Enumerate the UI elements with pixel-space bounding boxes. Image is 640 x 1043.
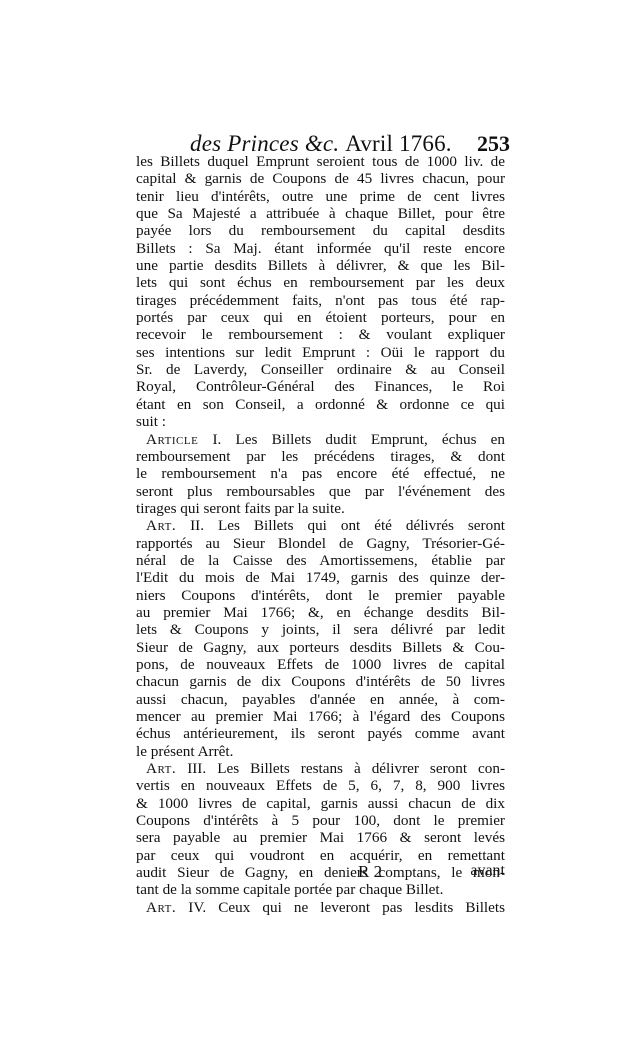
page-footer: R 2 avant [136,862,505,882]
text-line: lets & Coupons y joints, il sera délivré… [136,621,505,638]
text-line: le présent Arrêt. [136,743,505,760]
text-line: Billets : Sa Maj. étant informée qu'il r… [136,240,505,257]
book-page: des Princes &c. Avril 1766. 253 les Bill… [0,0,640,1043]
article-4-number: IV. [188,899,206,916]
running-header: des Princes &c. Avril 1766. 253 [190,131,510,155]
text-line: lets qui sont échus en remboursement par… [136,274,505,291]
text-line: sera payable au premier Mai 1766 & seron… [136,829,505,846]
text-line: Coupons d'intérêts à 5 pour 100, dont le… [136,812,505,829]
text-line: chacun garnis de dix Coupons d'intérêts … [136,673,505,690]
signature-mark: R 2 [358,862,382,882]
text-line: tirages qui seront faits par la suite. [136,500,505,517]
text-line: échus antérieurement, ils seront payés c… [136,725,505,742]
article-1-text: Les Billets dudit Emprunt, échus en [236,431,506,448]
article-2-text: Les Billets qui ont été délivrés seront [218,517,505,534]
text-line: tenir lieu d'intérêts, outre une prime d… [136,188,505,205]
article-3-text: Les Billets restans à délivrer seront co… [217,760,505,777]
article-3-heading-line: Art. III. Les Billets restans à délivrer… [136,760,505,777]
text-line: étant en son Conseil, a ordonné & ordonn… [136,396,505,413]
text-line: pons, de nouveaux Effets de 1000 livres … [136,656,505,673]
article-2-label: Art. [146,517,176,534]
text-line: capital & garnis de Coupons de 45 livres… [136,170,505,187]
text-line: ses intentions sur ledit Emprunt : Oüi l… [136,344,505,361]
text-line: recevoir le remboursement : & voulant ex… [136,326,505,343]
body-text: les Billets duquel Emprunt seroient tous… [136,153,505,916]
text-line: Royal, Contrôleur-Général des Finances, … [136,378,505,395]
text-line: portés par ceux qui en étoient porteurs,… [136,309,505,326]
text-line: niers Coupons d'intérêts, dont le premie… [136,587,505,604]
text-line: vertis en nouveaux Effets de 5, 6, 7, 8,… [136,777,505,794]
text-line: remboursement par les précédens tirages,… [136,448,505,465]
article-1-label: Article [146,431,198,448]
article-1-heading-line: Article I. Les Billets dudit Emprunt, éc… [136,431,505,448]
article-2-heading-line: Art. II. Les Billets qui ont été délivré… [136,517,505,534]
catchword: avant [470,862,505,880]
text-line: rapportés au Sieur Blondel de Gagny, Tré… [136,535,505,552]
text-line: néral de la Caisse des Amortissemens, ét… [136,552,505,569]
text-line: mencer au premier Mai 1766; à l'égard de… [136,708,505,725]
text-line: les Billets duquel Emprunt seroient tous… [136,153,505,170]
text-line: que Sa Majesté a attribuée à chaque Bill… [136,205,505,222]
text-line: tant de la somme capitale portée par cha… [136,881,505,898]
article-2-number: II. [190,517,204,534]
text-line: le remboursement n'a pas encore été effe… [136,465,505,482]
article-4-label: Art. [146,899,176,916]
article-3-label: Art. [146,760,176,777]
text-line: tirages précédemment faits, n'ont pas to… [136,292,505,309]
article-3-number: III. [187,760,206,777]
article-4-text: Ceux qui ne leveront pas lesdits Billets [218,899,505,916]
text-line: seront plus remboursables que par l'évén… [136,483,505,500]
text-line: & 1000 livres de capital, garnis aussi c… [136,795,505,812]
text-line: suit : [136,413,505,430]
text-line: l'Edit du mois de Mai 1749, garnis des q… [136,569,505,586]
text-line: Sieur de Gagny, aux porteurs desdits Bil… [136,639,505,656]
text-line: aussi chacun, payables d'année en année,… [136,691,505,708]
text-line: au premier Mai 1766; &, en échange desdi… [136,604,505,621]
text-line: payée lors du remboursement du capital d… [136,222,505,239]
article-4-heading-line: Art. IV. Ceux qui ne leveront pas lesdit… [136,899,505,916]
text-line: une partie desdits Billets à délivrer, &… [136,257,505,274]
text-line: Sr. de Laverdy, Conseiller ordinaire & a… [136,361,505,378]
article-1-number: I. [212,431,221,448]
